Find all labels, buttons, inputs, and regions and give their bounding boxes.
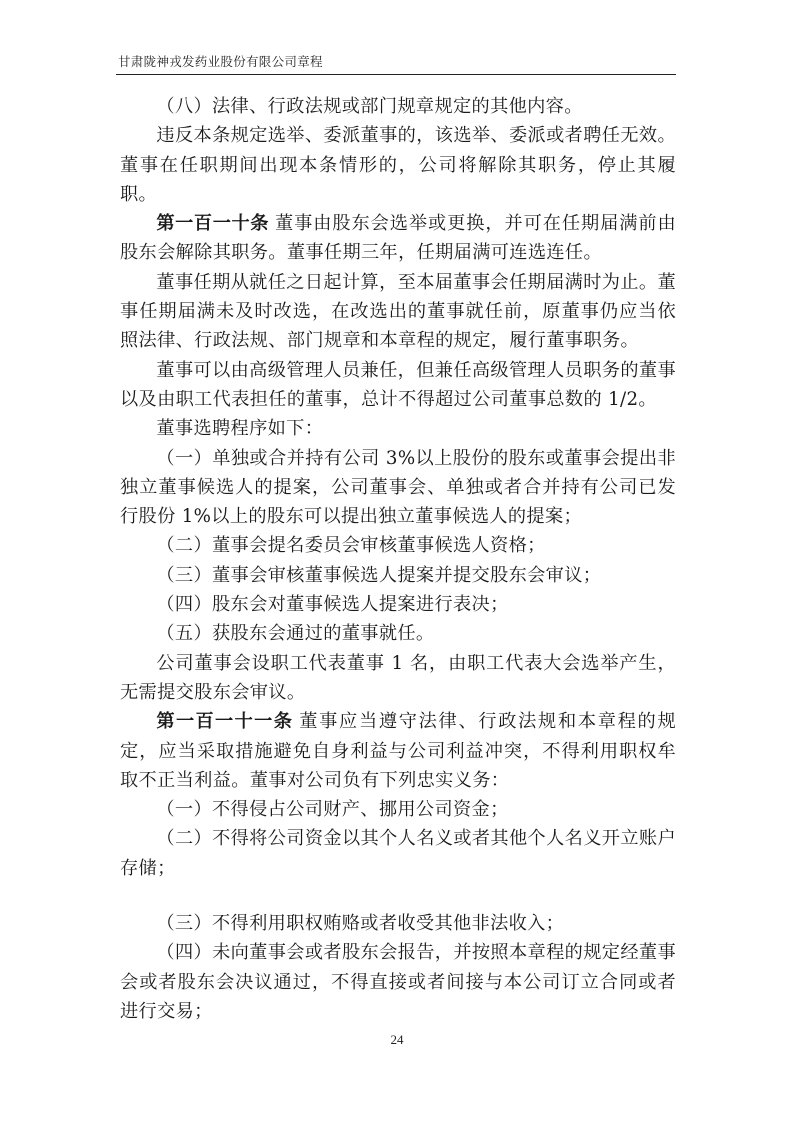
- list-item: （三）董事会审核董事候选人提案并提交股东会审议；: [120, 561, 676, 590]
- list-item: （四）未向董事会或者股东会报告，并按照本章程的规定经董事会或者股东会决议通过，不…: [120, 938, 676, 1026]
- paragraph-text: （四）股东会对董事候选人提案进行表决；: [156, 594, 508, 615]
- paragraph-text: （八）法律、行政法规或部门规章规定的其他内容。: [156, 96, 582, 117]
- paragraph-text: 董事可以由高级管理人员兼任，但兼任高级管理人员职务的董事以及由职工代表担任的董事…: [120, 360, 676, 410]
- header-title: 甘肃陇神戎发药业股份有限公司章程: [118, 52, 323, 70]
- document-page: 甘肃陇神戎发药业股份有限公司章程 （八）法律、行政法规或部门规章规定的其他内容。…: [0, 0, 794, 1122]
- document-body: （八）法律、行政法规或部门规章规定的其他内容。 违反本条规定选举、委派董事的，该…: [120, 92, 676, 1026]
- paragraph-text: 公司董事会设职工代表董事 1 名，由职工代表大会选举产生，无需提交股东会审议。: [120, 653, 676, 703]
- paragraph: 董事任期从就任之日起计算，至本届董事会任期届满时为止。董事任期届满未及时改选，在…: [120, 268, 676, 356]
- list-item: （三）不得利用职权贿赂或者收受其他非法收入；: [120, 909, 676, 938]
- list-item: （一）单独或合并持有公司 3%以上股份的股东或董事会提出非独立董事候选人的提案，…: [120, 444, 676, 532]
- paragraph-text: 董事任期从就任之日起计算，至本届董事会任期届满时为止。董事任期届满未及时改选，在…: [120, 272, 676, 352]
- paragraph-text: （五）获股东会通过的董事就任。: [156, 623, 434, 644]
- article-paragraph: 第一百一十一条董事应当遵守法律、行政法规和本章程的规定，应当采取措施避免自身利益…: [120, 707, 676, 795]
- paragraph: 董事可以由高级管理人员兼任，但兼任高级管理人员职务的董事以及由职工代表担任的董事…: [120, 356, 676, 415]
- paragraph: 公司董事会设职工代表董事 1 名，由职工代表大会选举产生，无需提交股东会审议。: [120, 649, 676, 708]
- paragraph-text: （一）不得侵占公司财产、挪用公司资金；: [156, 799, 508, 820]
- paragraph-text: （二）不得将公司资金以其个人名义或者其他个人名义开立账户存储；: [120, 828, 676, 878]
- article-number: 第一百一十条: [156, 213, 269, 234]
- paragraph-text: 董事选聘程序如下：: [156, 418, 323, 439]
- list-item: （二）董事会提名委员会审核董事候选人资格；: [120, 531, 676, 560]
- list-item: （五）获股东会通过的董事就任。: [120, 619, 676, 648]
- paragraph-text: 违反本条规定选举、委派董事的，该选举、委派或者聘任无效。董事在任职期间出现本条情…: [120, 125, 676, 205]
- article-paragraph: 第一百一十条董事由股东会选举或更换，并可在任期届满前由股东会解除其职务。董事任期…: [120, 209, 676, 268]
- page-header: 甘肃陇神戎发药业股份有限公司章程: [116, 52, 676, 75]
- paragraph-text: （三）董事会审核董事候选人提案并提交股东会审议；: [156, 565, 601, 586]
- list-item: （二）不得将公司资金以其个人名义或者其他个人名义开立账户存储；: [120, 824, 676, 883]
- list-item: （一）不得侵占公司财产、挪用公司资金；: [120, 795, 676, 824]
- paragraph-text: （四）未向董事会或者股东会报告，并按照本章程的规定经董事会或者股东会决议通过，不…: [120, 942, 676, 1022]
- paragraph-text: （三）不得利用职权贿赂或者收受其他非法收入；: [156, 913, 564, 934]
- paragraph-text: （二）董事会提名委员会审核董事候选人资格；: [156, 535, 545, 556]
- paragraph: 董事选聘程序如下：: [120, 414, 676, 443]
- paragraph-text: （一）单独或合并持有公司 3%以上股份的股东或董事会提出非独立董事候选人的提案，…: [120, 448, 676, 528]
- paragraph: 违反本条规定选举、委派董事的，该选举、委派或者聘任无效。董事在任职期间出现本条情…: [120, 121, 676, 209]
- page-number: 24: [0, 1032, 794, 1048]
- article-number: 第一百一十一条: [156, 711, 293, 732]
- list-item: （四）股东会对董事候选人提案进行表决；: [120, 590, 676, 619]
- paragraph: （八）法律、行政法规或部门规章规定的其他内容。: [120, 92, 676, 121]
